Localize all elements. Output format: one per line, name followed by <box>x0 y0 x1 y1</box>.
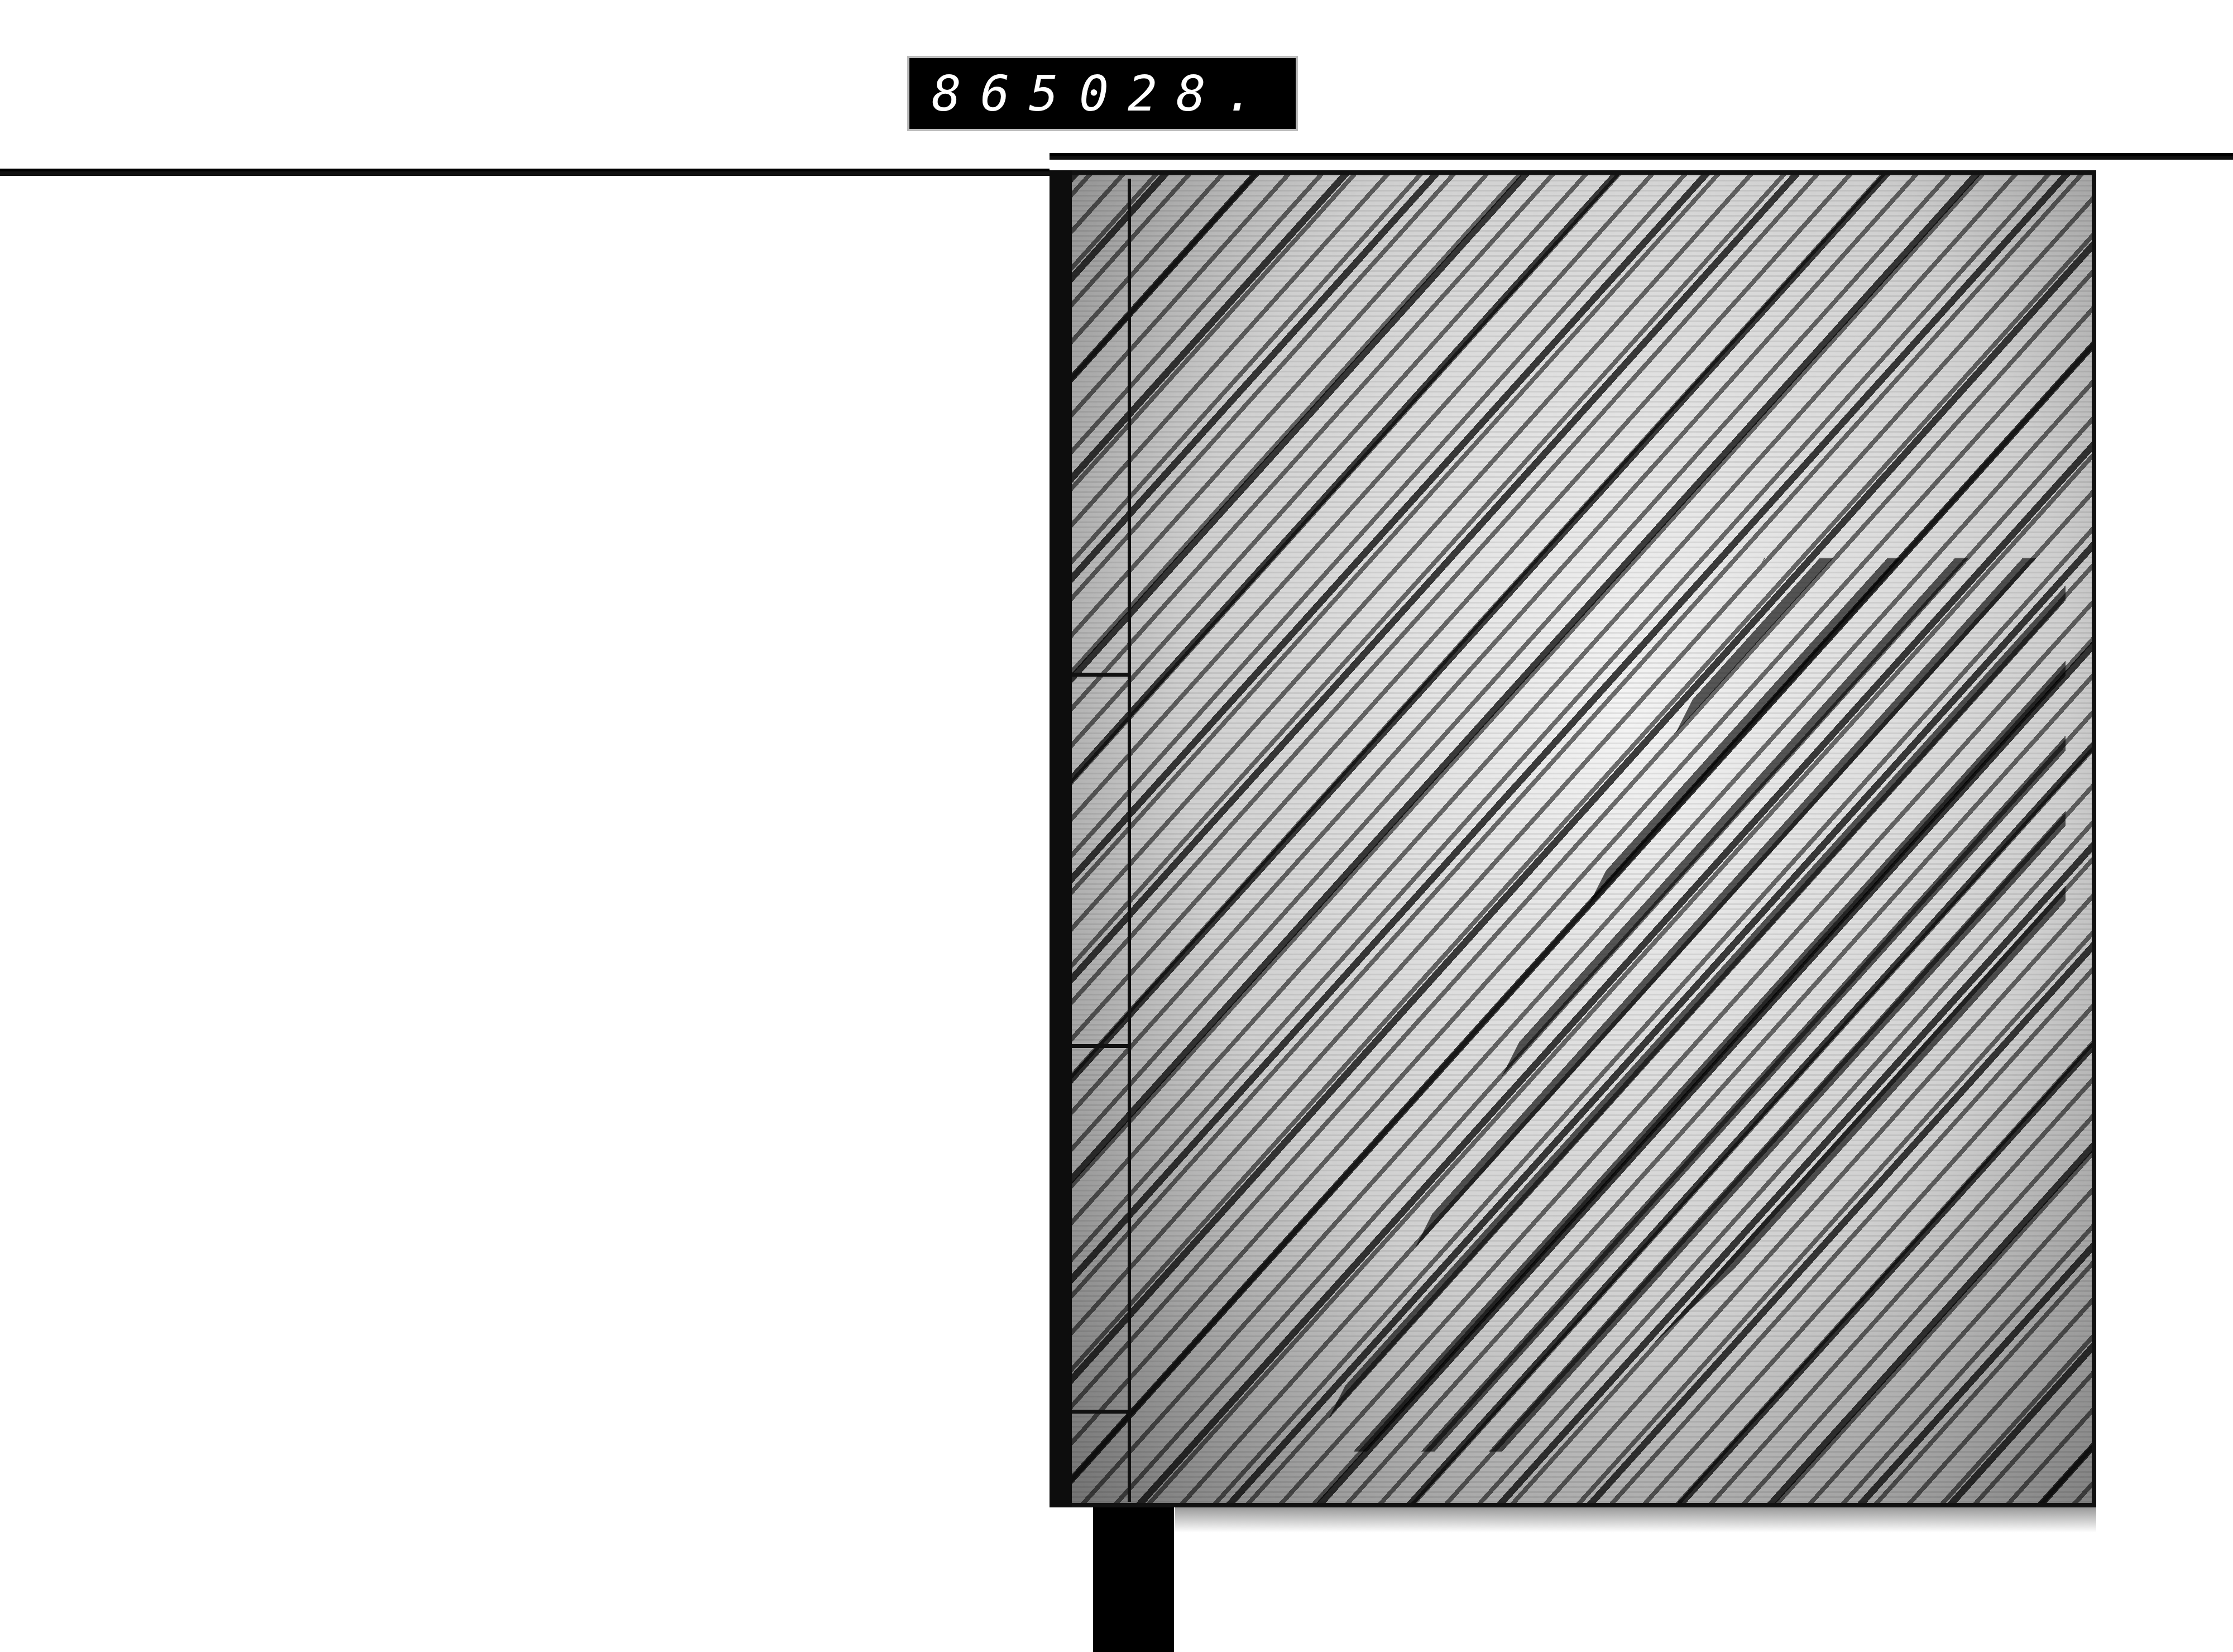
binding-stitch <box>1072 1044 1131 1048</box>
binding-stitch <box>1072 673 1131 677</box>
scan-edge-rule-left <box>0 169 1050 176</box>
book-spine <box>1050 170 1072 1507</box>
binding-stitch <box>1072 1410 1131 1414</box>
book-shadow <box>1175 1507 2096 1533</box>
reel-number: 865 <box>932 65 1077 122</box>
scan-edge-rule-right <box>1050 153 2233 160</box>
frame-number: 028. <box>1079 65 1273 122</box>
bookmark-ribbon <box>1093 1507 1174 1652</box>
binding-thread-line <box>1128 179 1131 1502</box>
frame-counter: 865 028. <box>907 56 1298 131</box>
